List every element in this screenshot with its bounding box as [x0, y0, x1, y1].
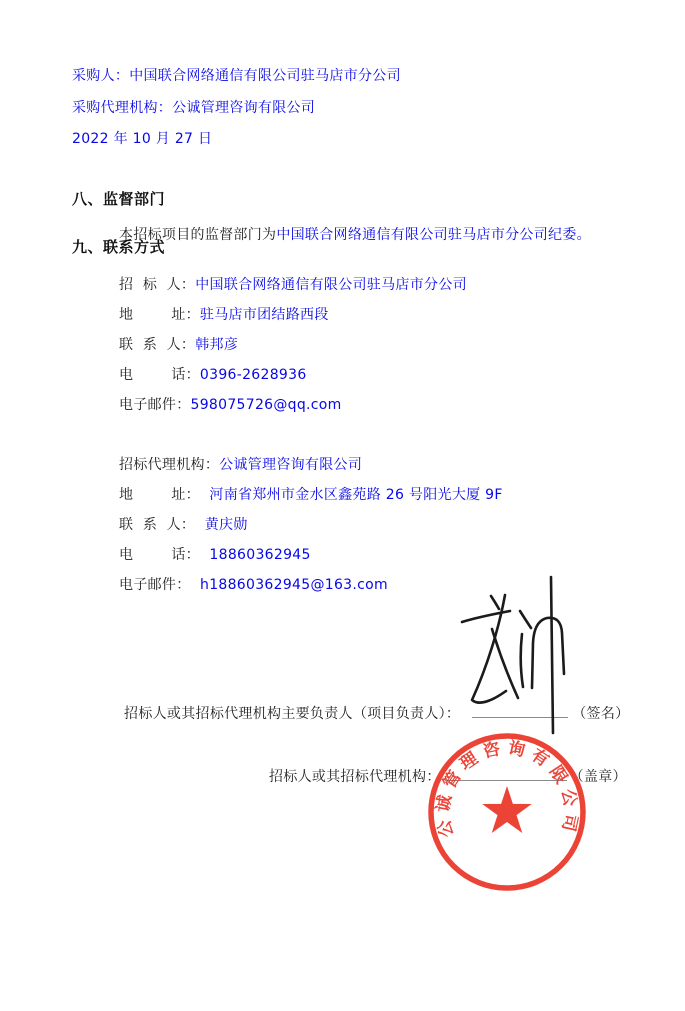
supervision-body-line: 本招标项目的监督部门为中国联合网络通信有限公司驻马店市分公司纪委。: [100, 211, 591, 259]
org-seal-suffix: （盖章）: [570, 769, 627, 785]
date-line: 2022 年 10 月 27 日: [72, 131, 212, 147]
document-page: 采购人：中国联合网络通信有限公司驻马店市分公司 采购代理机构：公诚管理咨询有限公…: [0, 0, 685, 1011]
tenderer-email-row: 电子邮件：598075726@qq.com: [100, 381, 342, 429]
tenderer-email-value: 598075726@qq.com: [191, 397, 342, 413]
principal-signature-prefix: 招标人或其招标代理机构主要负责人（项目负责人）：: [124, 706, 460, 722]
principal-signature-suffix: （签名）: [572, 706, 629, 722]
agent-email-value: h18860362945@163.com: [200, 577, 388, 593]
principal-signature-line: 招标人或其招标代理机构主要负责人（项目负责人）：（签名）: [105, 689, 629, 738]
supervision-body-value: 中国联合网络通信有限公司驻马店市分公司纪委。: [276, 227, 591, 243]
procurement-agency-line: 采购代理机构：公诚管理咨询有限公司: [72, 100, 315, 116]
agent-email-row: 电子邮件： h18860362945@163.com: [100, 561, 388, 609]
signature-underline: [472, 705, 568, 718]
seal-underline: [445, 768, 567, 781]
org-seal-prefix: 招标人或其招标代理机构：: [269, 769, 441, 785]
org-seal-line: 招标人或其招标代理机构：（盖章）: [250, 752, 627, 801]
purchaser-line: 采购人：中国联合网络通信有限公司驻马店市分公司: [72, 68, 401, 84]
contact-section-heading: 九、联系方式: [72, 236, 165, 257]
tenderer-email-label: 电子邮件：: [119, 397, 191, 413]
supervision-section-heading: 八、监督部门: [72, 188, 165, 209]
agent-address-value: 河南省郑州市金水区鑫苑路 26 号阳光大厦 9F: [209, 487, 502, 503]
agent-email-label: 电子邮件：: [119, 577, 200, 593]
